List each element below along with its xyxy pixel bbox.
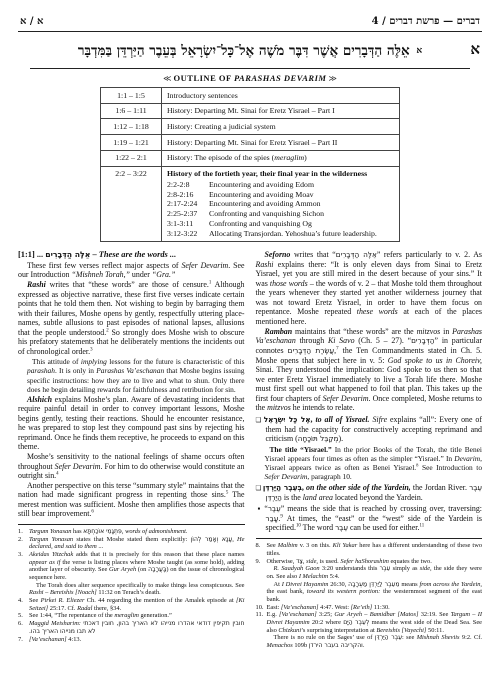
phrase-commentary-beever-hayarden: ❑ בְּעֵבֶר הַיַּרְדֵּן, on the other sid…	[256, 483, 483, 503]
table-row-fortieth-year: 2:2 – 3:22 History of the fortieth year,…	[101, 166, 400, 241]
table-row: 1:6 – 1:11 History: Departing Mt. Sinai …	[101, 103, 400, 119]
table-row: 1:19 – 1:21 History: Departing Mt. Sinai…	[101, 135, 400, 151]
outline-title-name: PARASHAS DEVARIM	[234, 73, 326, 83]
sub-item: 2:25-2:37Confronting and vanquishing Sic…	[167, 209, 394, 219]
commentary-paragraph: These first few verses reflect major asp…	[18, 261, 245, 280]
running-head: א / א דברים — פרשת דברים / 4	[18, 14, 482, 31]
bullet-note: ▪ “עֵבֶר” means the side that is reached…	[258, 504, 483, 533]
footnote: 2.Targum Yonasan states that Moshe state…	[18, 536, 245, 551]
hebrew-verse-row: א אֵלֶּה הַדְּבָרִים אֲשֶׁר דִּבֶּר מֹשֶ…	[18, 38, 482, 66]
footnote: 3.Akeidas Yitzchak adds that it is preci…	[18, 551, 245, 582]
outline-title-label: OUTLINE OF	[174, 73, 234, 83]
footnote-divider	[18, 524, 245, 525]
description-cell: History: Departing Mt. Sinai for Eretz Y…	[162, 135, 400, 151]
phrase-commentary-el-kol-yisrael: ❑ אֶל כָּל יִשְׂרָאֵל, to all of Yisrael…	[256, 415, 483, 444]
chumash-page: א / א דברים — פרשת דברים / 4 א אֵלֶּה הַ…	[0, 0, 500, 699]
description-cell: History of the fortieth year, their fina…	[162, 166, 400, 241]
parashah-outline-table: 1:1 – 1:5 Introductory sentences 1:6 – 1…	[100, 87, 400, 242]
footnote-continuation: There is no rule on the Sages’ use of עֵ…	[256, 634, 483, 649]
header-divider	[18, 31, 482, 32]
footnote: 1.Targum Yonasan has פִּתְגָמֵי אוֹכַחְת…	[18, 528, 245, 536]
table-row: 1:1 – 1:5 Introductory sentences	[101, 88, 400, 104]
verse-range-cell: 1:6 – 1:11	[101, 103, 162, 119]
outline-title: ≪ OUTLINE OF PARASHAS DEVARIM ≫	[18, 73, 482, 83]
footnote: 10.East: [Va’eschanan] 4:47. West: [Re’e…	[256, 604, 483, 612]
commentary-paragraph-rashi: Rashi writes that “these words” are thos…	[18, 280, 245, 357]
inset-note: The title “Yisrael.” In the prior Books …	[265, 445, 483, 481]
commentary-heading: [1:1] ... אֵלֶּה הַדְּבָרִים – These are…	[18, 250, 245, 259]
footnote-continuation: R. Saadyah Gaon 3:20 understands this עֵ…	[256, 565, 483, 580]
description-cell: History: Departing Mt. Sinai for Eretz Y…	[162, 103, 400, 119]
verse-range-cell: 1:1 – 1:5	[101, 88, 162, 104]
verse-divider	[30, 68, 470, 69]
verse-range-cell: 2:2 – 3:22	[101, 166, 162, 241]
footnote: 6.Maggid Meisharim: חובין תקיפין דודאי א…	[18, 620, 245, 635]
verse-range-cell: 1:19 – 1:21	[101, 135, 162, 151]
sub-item: 3:12-3:22Allocating Transjordan. Yehoshu…	[167, 229, 394, 239]
page-locator-right: דברים — פרשת דברים / 4	[372, 16, 480, 27]
commentary-paragraph-seforno: Seforno writes that “אֵלֶּה הַדְּבָרִים”…	[256, 250, 483, 327]
footnote: 8.See Malbim v. 3 on this. Kli Yakar her…	[256, 542, 483, 557]
right-guillemet-decoration: ≫	[326, 74, 336, 83]
verse-number: א	[416, 46, 422, 56]
commentary-columns: [1:1] ... אֵלֶּה הַדְּבָרִים – These are…	[18, 250, 482, 650]
description-cell: History: The episode of the spies (merag…	[162, 150, 400, 166]
footnote: 9.Otherwise, צַד, side, is used. Sefer h…	[256, 558, 483, 566]
description-cell: History: Creating a judicial system	[162, 119, 400, 135]
table-row: 1:12 – 1:18 History: Creating a judicial…	[101, 119, 400, 135]
commentary-paragraph: Moshe’s sensitivity to the national feel…	[18, 452, 245, 481]
footnote-continuation: At I Divrei Hayamim 26:30, מֵעֵבֶר לַיַּ…	[256, 581, 483, 604]
section-title: History of the fortieth year, their fina…	[167, 169, 394, 179]
left-guillemet-decoration: ≪	[163, 74, 173, 83]
chapter-letter: א	[470, 40, 480, 59]
commentary-paragraph: Another perspective on this terse “summa…	[18, 481, 245, 519]
verse-range-cell: 1:22 – 2:1	[101, 150, 162, 166]
description-cell: Introductory sentences	[162, 88, 400, 104]
hebrew-verse: א אֵלֶּה הַדְּבָרִים אֲשֶׁר דִּבֶּר מֹשֶ…	[78, 43, 422, 59]
verse-range-cell: 1:12 – 1:18	[101, 119, 162, 135]
footnotes-left: 1.Targum Yonasan has פִּתְגָמֵי אוֹכַחְת…	[18, 528, 245, 643]
footnote: 4.See Pirkei R. Eliezer Ch. 44 regarding…	[18, 597, 245, 612]
footnote: 7.[Va’eschanan] 4:13.	[18, 636, 245, 644]
footnote: 11.E.g. [Va’eschanan] 3:25; Gur Aryeh – …	[256, 611, 483, 634]
commentary-paragraph-alshich: Alshich explains Moshe’s plan. Aware of …	[18, 395, 245, 452]
page-locator-left: א / א	[20, 16, 43, 27]
footnote: 5.See 1:44, “The repentance of the merag…	[18, 612, 245, 620]
sub-item: 2:17-2:24Encountering and avoiding Ammon	[167, 199, 394, 209]
footnote-continuation: The Torah does alter sequence specifical…	[18, 582, 245, 597]
commentary-paragraph-ramban: Ramban maintains that “these words” are …	[256, 327, 483, 414]
inset-note: This attitude of implying lessons for th…	[27, 357, 245, 393]
right-column: Seforno writes that “אֵלֶּה הַדְּבָרִים”…	[256, 250, 483, 650]
sub-item: 2:2-2:8Encountering and avoiding Edom	[167, 180, 394, 190]
sub-item: 2:8-2:16Encountering and avoiding Moav	[167, 190, 394, 200]
left-column: [1:1] ... אֵלֶּה הַדְּבָרִים – These are…	[18, 250, 245, 650]
footnote-divider	[256, 538, 483, 539]
sub-item: 3:1-3:11Confronting and vanquishing Og	[167, 219, 394, 229]
table-row: 1:22 – 2:1 History: The episode of the s…	[101, 150, 400, 166]
verse-text: אֵלֶּה הַדְּבָרִים אֲשֶׁר דִּבֶּר מֹשֶׁה…	[78, 43, 410, 59]
footnotes-right: 8.See Malbim v. 3 on this. Kli Yakar her…	[256, 542, 483, 650]
